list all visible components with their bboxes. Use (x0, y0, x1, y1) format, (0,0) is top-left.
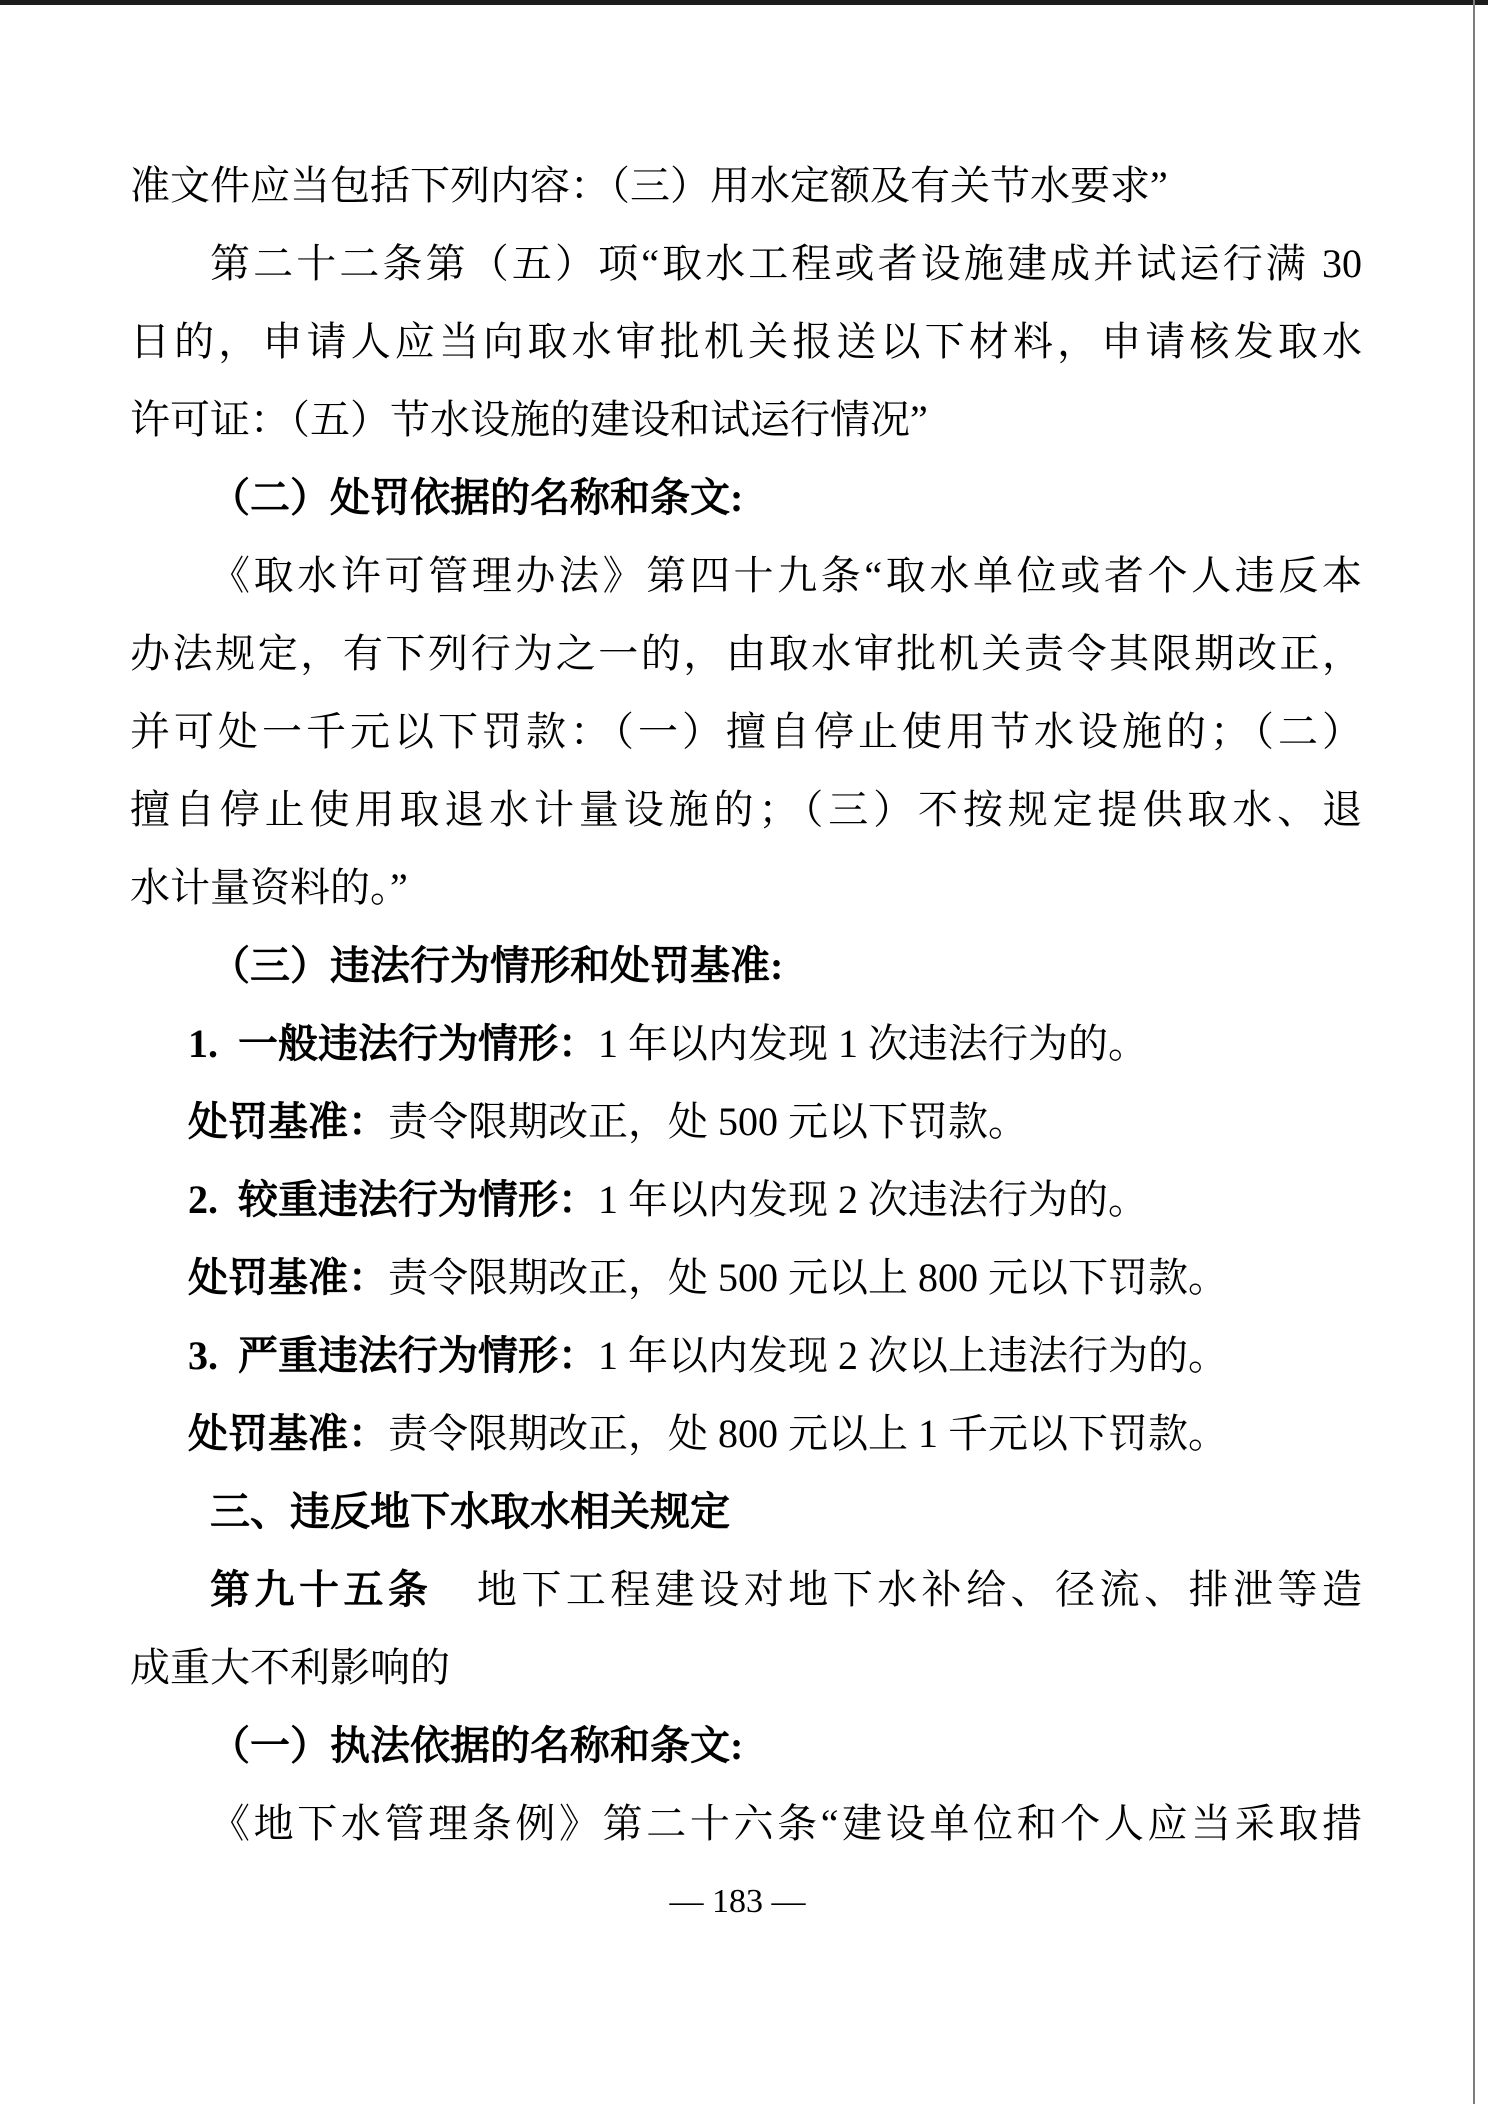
body-text: 成重大不利影响的 (130, 1645, 450, 1690)
emphasis-text: 3. 严重违法行为情形： (188, 1333, 598, 1378)
emphasis-text: 处罚基准： (188, 1099, 388, 1144)
text-line: 成重大不利影响的 (130, 1629, 1362, 1707)
text-line: 三、违反地下水取水相关规定 (130, 1473, 1362, 1551)
body-text: 责令限期改正，处 800 元以上 1 千元以下罚款。 (388, 1411, 1228, 1456)
body-text: 《地下水管理条例》第二十六条“建设单位和个人应当采取措 (210, 1801, 1362, 1846)
emphasis-text: （一）执法依据的名称和条文: (210, 1723, 743, 1768)
text-line: 第九十五条 地下工程建设对地下水补给、径流、排泄等造 (130, 1551, 1362, 1629)
text-line: 1. 一般违法行为情形：1 年以内发现 1 次违法行为的。 (130, 1005, 1362, 1083)
right-edge-line (1473, 0, 1475, 2104)
text-line: 擅自停止使用取退水计量设施的；（三）不按规定提供取水、退 (130, 771, 1362, 849)
emphasis-text: 第九十五条 (210, 1568, 432, 1612)
emphasis-text: 1. 一般违法行为情形： (188, 1021, 598, 1066)
text-line: 《取水许可管理办法》第四十九条“取水单位或者个人违反本 (130, 537, 1362, 615)
body-text: 1 年以内发现 2 次违法行为的。 (598, 1177, 1148, 1222)
emphasis-text: 2. 较重违法行为情形： (188, 1177, 598, 1222)
body-text: 第二十二条第（五）项“取水工程或者设施建成并试运行满 30 (210, 241, 1362, 286)
text-line: 准文件应当包括下列内容：（三）用水定额及有关节水要求” (130, 147, 1362, 225)
body-text: 并可处一千元以下罚款：（一）擅自停止使用节水设施的；（二） (130, 709, 1362, 754)
text-line: 2. 较重违法行为情形：1 年以内发现 2 次违法行为的。 (130, 1161, 1362, 1239)
text-line: 并可处一千元以下罚款：（一）擅自停止使用节水设施的；（二） (130, 693, 1362, 771)
body-text: 擅自停止使用取退水计量设施的；（三）不按规定提供取水、退 (130, 787, 1362, 832)
body-text: 办法规定，有下列行为之一的，由取水审批机关责令其限期改正， (130, 631, 1362, 676)
text-line: 《地下水管理条例》第二十六条“建设单位和个人应当采取措 (130, 1785, 1362, 1863)
text-line: 3. 严重违法行为情形：1 年以内发现 2 次以上违法行为的。 (130, 1317, 1362, 1395)
text-line: （三）违法行为情形和处罚基准: (130, 927, 1362, 1005)
text-line: 处罚基准：责令限期改正，处 500 元以上 800 元以下罚款。 (130, 1239, 1362, 1317)
text-line: 许可证：（五）节水设施的建设和试运行情况” (130, 381, 1362, 459)
page-number: — 183 — (0, 1880, 1475, 1924)
body-text: 责令限期改正，处 500 元以上 800 元以下罚款。 (388, 1255, 1228, 1300)
text-line: 办法规定，有下列行为之一的，由取水审批机关责令其限期改正， (130, 615, 1362, 693)
body-text: 准文件应当包括下列内容：（三）用水定额及有关节水要求” (130, 163, 1168, 208)
text-line: 日的，申请人应当向取水审批机关报送以下材料，申请核发取水 (130, 303, 1362, 381)
emphasis-text: 处罚基准： (188, 1411, 388, 1456)
page-body: 准文件应当包括下列内容：（三）用水定额及有关节水要求”第二十二条第（五）项“取水… (130, 147, 1362, 1863)
emphasis-text: 三、违反地下水取水相关规定 (210, 1490, 730, 1534)
body-text: 1 年以内发现 2 次以上违法行为的。 (598, 1333, 1228, 1378)
text-line: 水计量资料的。” (130, 849, 1362, 927)
body-text: 责令限期改正，处 500 元以下罚款。 (388, 1099, 1028, 1144)
top-border-bar (0, 0, 1488, 5)
text-line: （二）处罚依据的名称和条文: (130, 459, 1362, 537)
emphasis-text: （三）违法行为情形和处罚基准: (210, 943, 783, 988)
document-page: 准文件应当包括下列内容：（三）用水定额及有关节水要求”第二十二条第（五）项“取水… (0, 0, 1488, 2104)
text-line: （一）执法依据的名称和条文: (130, 1707, 1362, 1785)
body-text: 日的，申请人应当向取水审批机关报送以下材料，申请核发取水 (130, 319, 1362, 364)
text-line: 处罚基准：责令限期改正，处 800 元以上 1 千元以下罚款。 (130, 1395, 1362, 1473)
emphasis-text: 处罚基准： (188, 1255, 388, 1300)
body-text: 许可证：（五）节水设施的建设和试运行情况” (130, 397, 928, 442)
body-text: 1 年以内发现 1 次违法行为的。 (598, 1021, 1148, 1066)
body-text: 《取水许可管理办法》第四十九条“取水单位或者个人违反本 (210, 553, 1362, 598)
text-line: 第二十二条第（五）项“取水工程或者设施建成并试运行满 30 (130, 225, 1362, 303)
text-line: 处罚基准：责令限期改正，处 500 元以下罚款。 (130, 1083, 1362, 1161)
body-text: 地下工程建设对地下水补给、径流、排泄等造 (432, 1567, 1362, 1612)
emphasis-text: （二）处罚依据的名称和条文: (210, 475, 743, 520)
body-text: 水计量资料的。” (130, 865, 408, 910)
